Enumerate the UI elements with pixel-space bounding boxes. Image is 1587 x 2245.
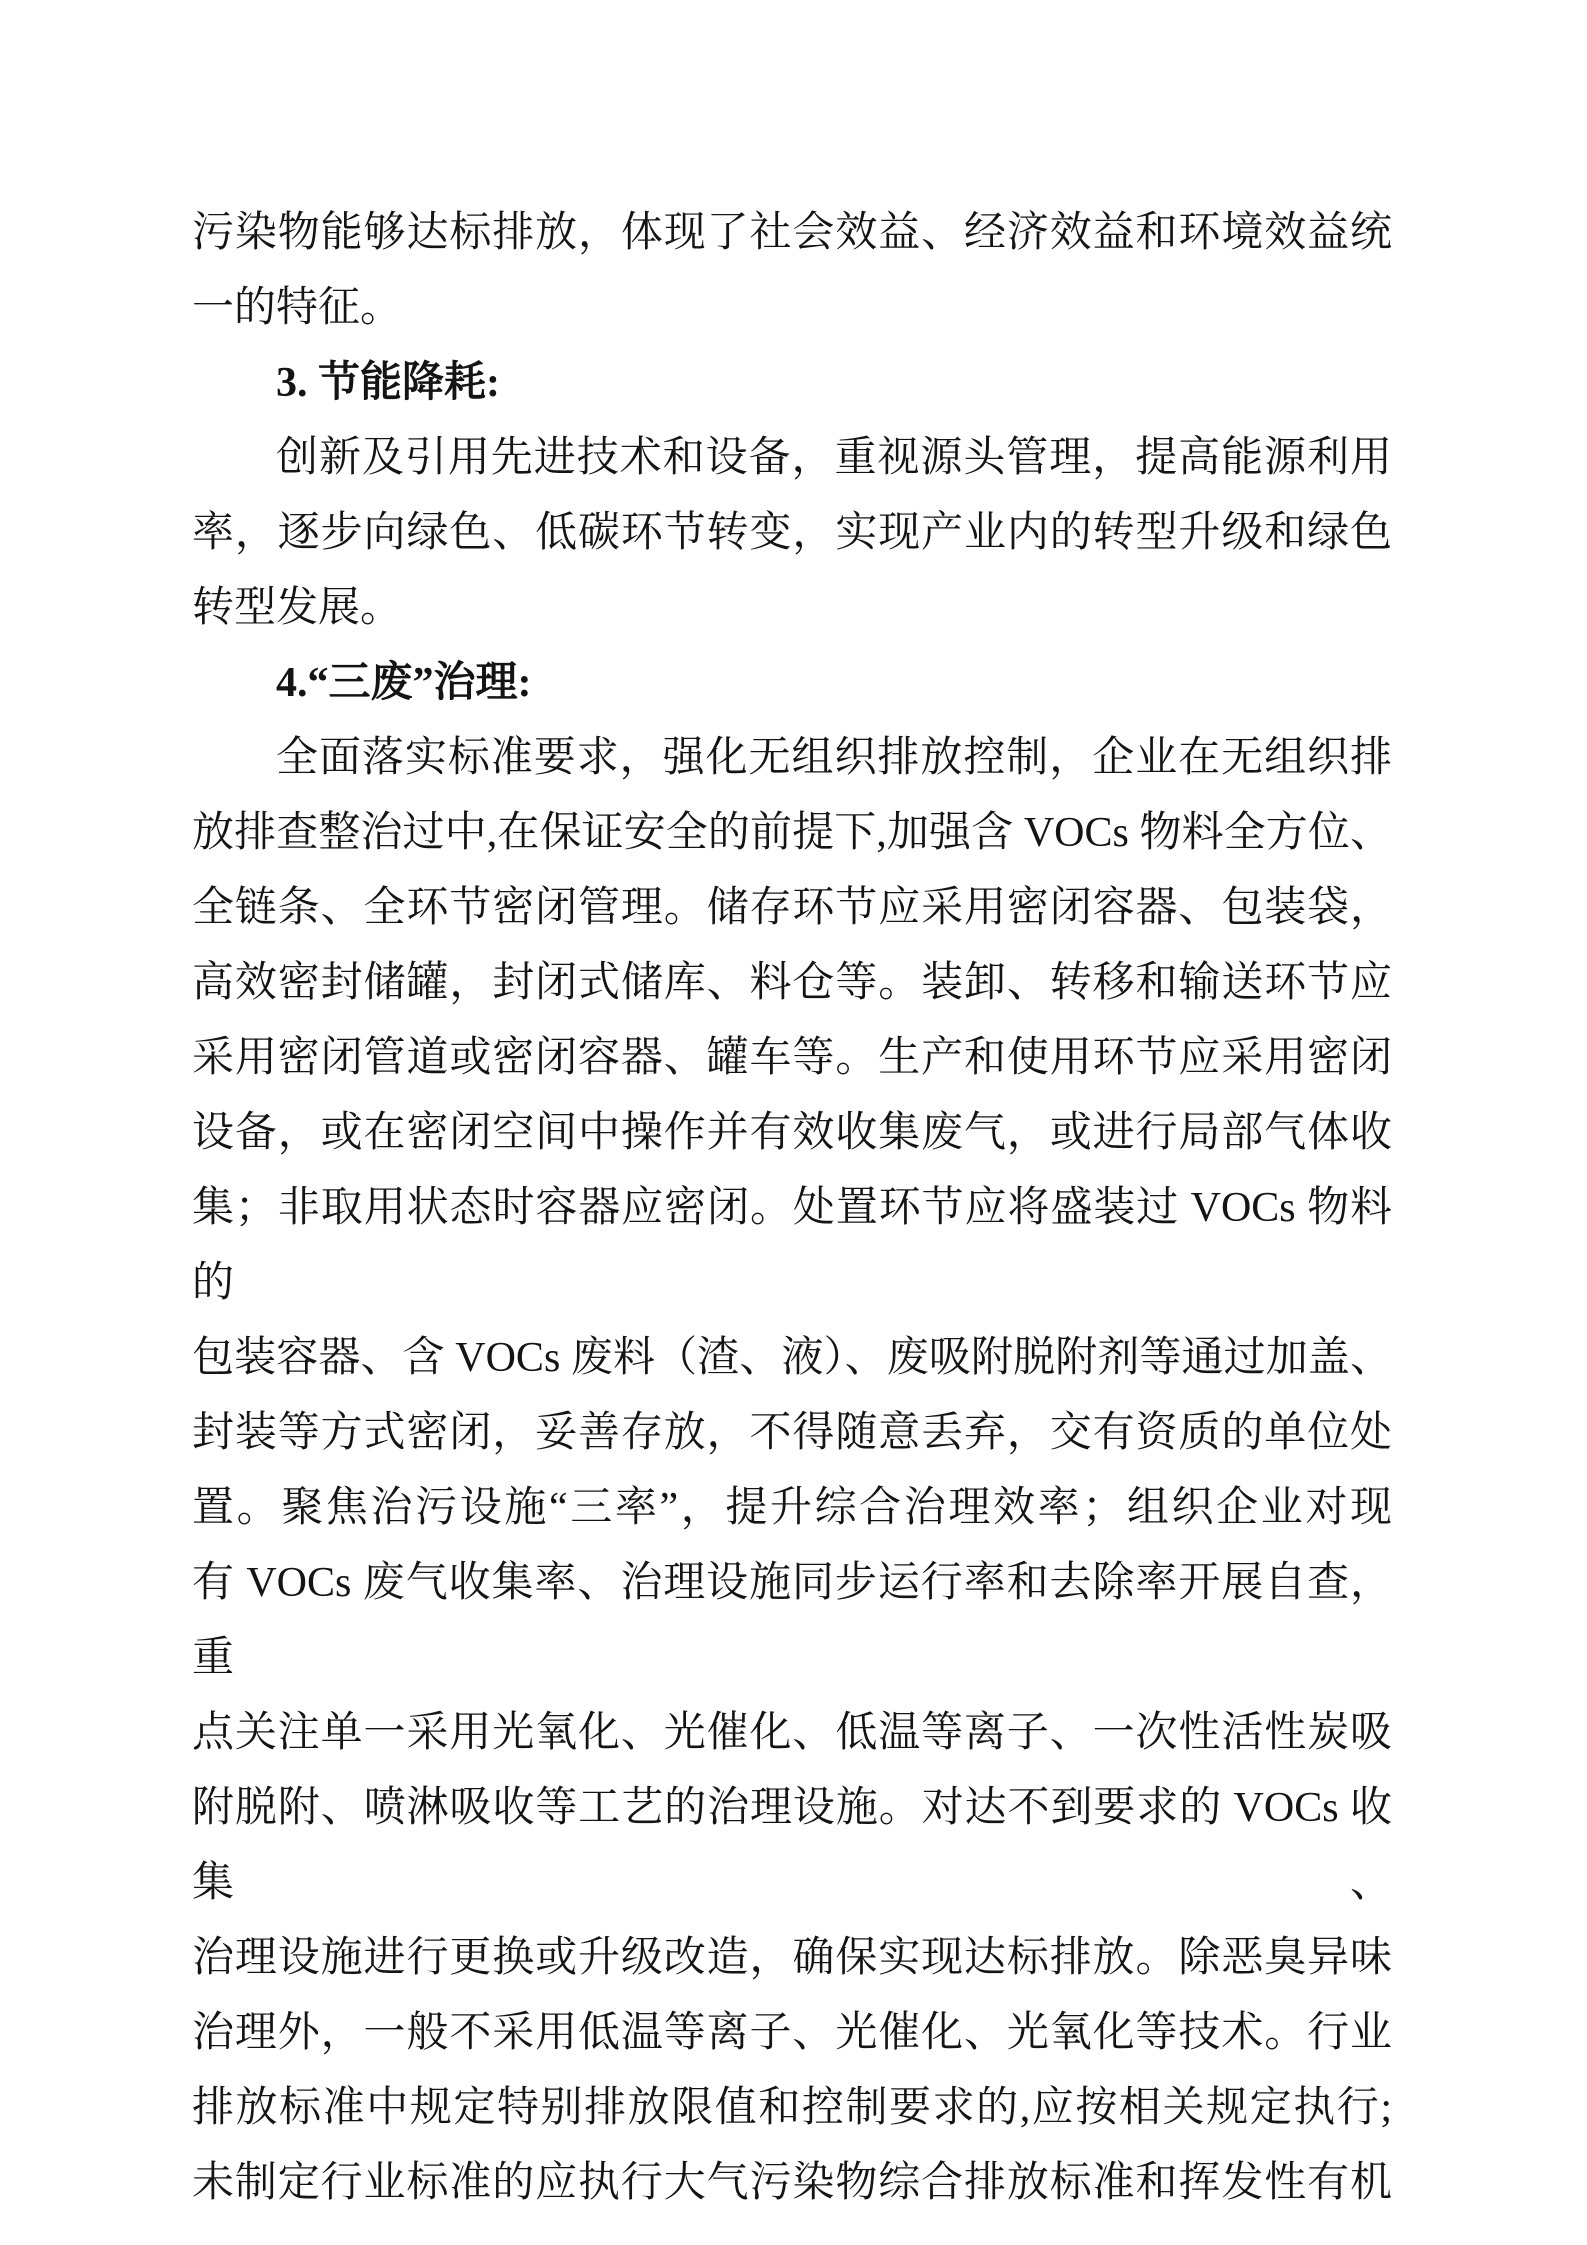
text-line: 治理外，一般不采用低温等离子、光催化、光氧化等技术。行业 bbox=[192, 1996, 1392, 2071]
text-line: 未制定行业标准的应执行大气污染物综合排放标准和挥发性有机 bbox=[192, 2146, 1392, 2221]
text-line: 污染物能够达标排放，体现了社会效益、经济效益和环境效益统 bbox=[192, 196, 1392, 271]
text-line: 集；非取用状态时容器应密闭。处置环节应将盛装过 VOCs 物料的 bbox=[192, 1171, 1392, 1321]
heading-section-4: 4.“三废”治理: bbox=[192, 646, 1392, 721]
heading-text: 4.“三废”治理: bbox=[192, 646, 1392, 721]
text-line: 高效密封储罐，封闭式储库、料仓等。装卸、转移和输送环节应 bbox=[192, 946, 1392, 1021]
text-line: 创新及引用先进技术和设备，重视源头管理，提高能源利用 bbox=[192, 421, 1392, 496]
heading-section-3: 3. 节能降耗: bbox=[192, 346, 1392, 421]
text-line: 有 VOCs 废气收集率、治理设施同步运行率和去除率开展自查，重 bbox=[192, 1546, 1392, 1696]
text-line: 附脱附、喷淋吸收等工艺的治理设施。对达不到要求的 VOCs 收集、 bbox=[192, 1771, 1392, 1921]
text-line: 设备，或在密闭空间中操作并有效收集废气，或进行局部气体收 bbox=[192, 1096, 1392, 1171]
text-line: 封装等方式密闭，妥善存放，不得随意丢弃，交有资质的单位处 bbox=[192, 1396, 1392, 1471]
text-line: 放排查整治过中,在保证安全的前提下,加强含 VOCs 物料全方位、 bbox=[192, 796, 1392, 871]
text-line: 一的特征。 bbox=[192, 271, 1392, 346]
text-line: 治理设施进行更换或升级改造，确保实现达标排放。除恶臭异味 bbox=[192, 1921, 1392, 1996]
text-line: 采用密闭管道或密闭容器、罐车等。生产和使用环节应采用密闭 bbox=[192, 1021, 1392, 1096]
paragraph-three-wastes: 全面落实标准要求，强化无组织排放控制，企业在无组织排 放排查整治过中,在保证安全… bbox=[192, 721, 1392, 2221]
text-line: 率，逐步向绿色、低碳环节转变，实现产业内的转型升级和绿色 bbox=[192, 496, 1392, 571]
heading-text: 3. 节能降耗: bbox=[192, 346, 1392, 421]
text-line: 点关注单一采用光氧化、光催化、低温等离子、一次性活性炭吸 bbox=[192, 1696, 1392, 1771]
text-line: 转型发展。 bbox=[192, 571, 1392, 646]
paragraph-energy-saving: 创新及引用先进技术和设备，重视源头管理，提高能源利用 率，逐步向绿色、低碳环节转… bbox=[192, 421, 1392, 646]
document-page: 污染物能够达标排放，体现了社会效益、经济效益和环境效益统 一的特征。 3. 节能… bbox=[0, 0, 1587, 2245]
text-line: 包装容器、含 VOCs 废料（渣、液）、废吸附脱附剂等通过加盖、 bbox=[192, 1321, 1392, 1396]
text-line: 全链条、全环节密闭管理。储存环节应采用密闭容器、包装袋， bbox=[192, 871, 1392, 946]
paragraph-continuation: 污染物能够达标排放，体现了社会效益、经济效益和环境效益统 一的特征。 bbox=[192, 196, 1392, 346]
text-line: 全面落实标准要求，强化无组织排放控制，企业在无组织排 bbox=[192, 721, 1392, 796]
text-line: 置。聚焦治污设施“三率”，提升综合治理效率；组织企业对现 bbox=[192, 1471, 1392, 1546]
text-line: 排放标准中规定特别排放限值和控制要求的,应按相关规定执行; bbox=[192, 2071, 1392, 2146]
